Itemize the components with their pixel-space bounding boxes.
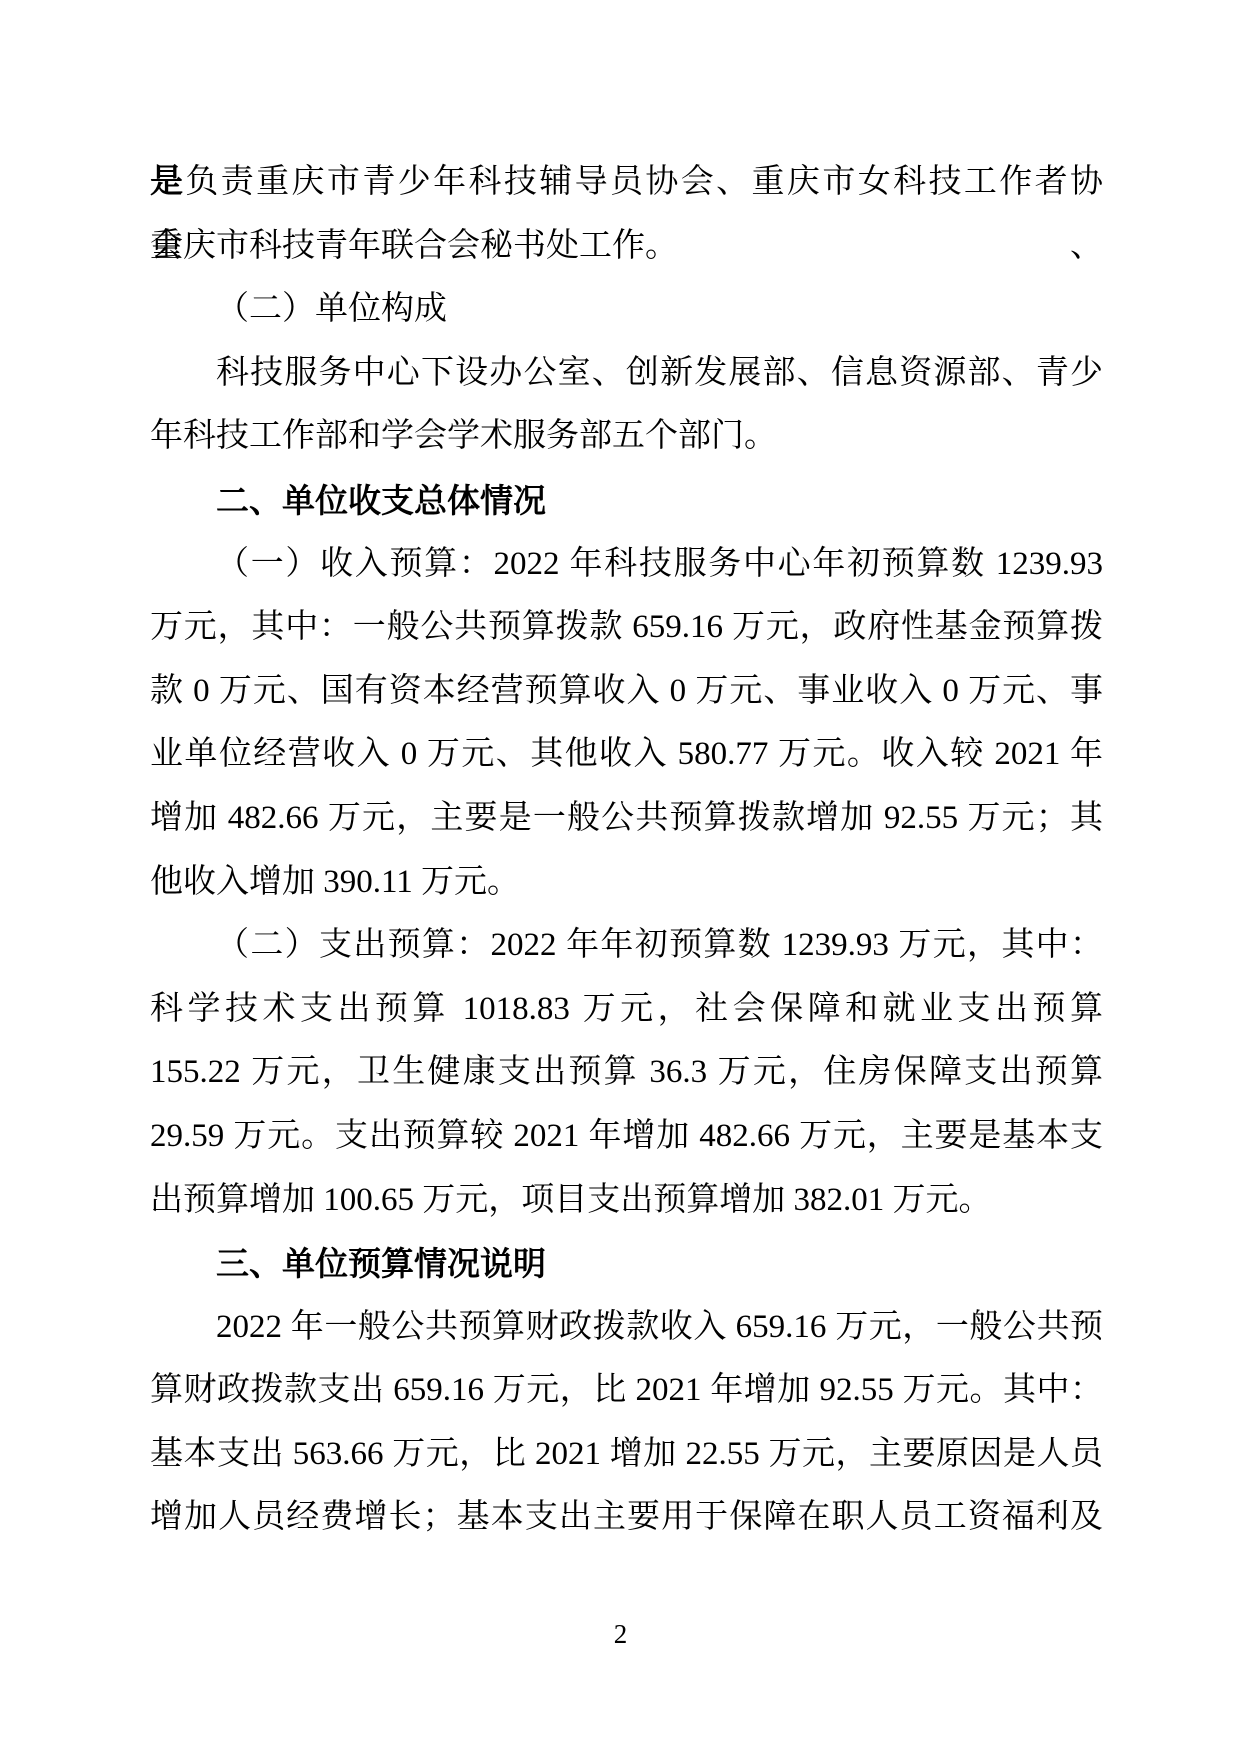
text-line: 基本支出 563.66 万元，比 2021 增加 22.55 万元，主要原因是人… [150, 1423, 1103, 1487]
text-line: 科技服务中心下设办公室、创新发展部、信息资源部、青少 [150, 342, 1103, 406]
bold-lead-text: 是 [150, 164, 185, 200]
text-line: （二）单位构成 [150, 278, 1103, 342]
text-line: 科学技术支出预算 1018.83 万元，社会保障和就业支出预算 [150, 978, 1103, 1042]
text-line: 万元，其中：一般公共预算拨款 659.16 万元，政府性基金预算拨 [150, 596, 1103, 660]
text-line: （一）收入预算：2022 年科技服务中心年初预算数 1239.93 [150, 533, 1103, 597]
text-line: 款 0 万元、国有资本经营预算收入 0 万元、事业收入 0 万元、事 [150, 660, 1103, 724]
text-line: （二）支出预算：2022 年年初预算数 1239.93 万元，其中： [150, 914, 1103, 978]
page-number: 2 [0, 1614, 1241, 1654]
text-line: 算财政拨款支出 659.16 万元，比 2021 年增加 92.55 万元。其中… [150, 1359, 1103, 1423]
text-line: 增加人员经费增长；基本支出主要用于保障在职人员工资福利及 [150, 1486, 1103, 1550]
text-line: 业单位经营收入 0 万元、其他收入 580.77 万元。收入较 2021 年 [150, 723, 1103, 787]
text-line: 年科技工作部和学会学术服务部五个部门。 [150, 405, 1103, 469]
text-line: 155.22 万元，卫生健康支出预算 36.3 万元，住房保障支出预算 [150, 1041, 1103, 1105]
text-line: 29.59 万元。支出预算较 2021 年增加 482.66 万元，主要是基本支 [150, 1105, 1103, 1169]
text-line: 是负责重庆市青少年科技辅导员协会、重庆市女科技工作者协会、 [150, 151, 1103, 215]
document-page: 是负责重庆市青少年科技辅导员协会、重庆市女科技工作者协会、重庆市科技青年联合会秘… [0, 0, 1241, 1754]
section-heading: 三、单位预算情况说明 [150, 1232, 1103, 1296]
section-heading: 二、单位收支总体情况 [150, 469, 1103, 533]
text-line: 2022 年一般公共预算财政拨款收入 659.16 万元，一般公共预 [150, 1296, 1103, 1360]
document-body: 是负责重庆市青少年科技辅导员协会、重庆市女科技工作者协会、重庆市科技青年联合会秘… [150, 151, 1103, 1550]
text-line: 增加 482.66 万元，主要是一般公共预算拨款增加 92.55 万元；其 [150, 787, 1103, 851]
text-line: 出预算增加 100.65 万元，项目支出预算增加 382.01 万元。 [150, 1169, 1103, 1233]
text-line: 他收入增加 390.11 万元。 [150, 851, 1103, 915]
